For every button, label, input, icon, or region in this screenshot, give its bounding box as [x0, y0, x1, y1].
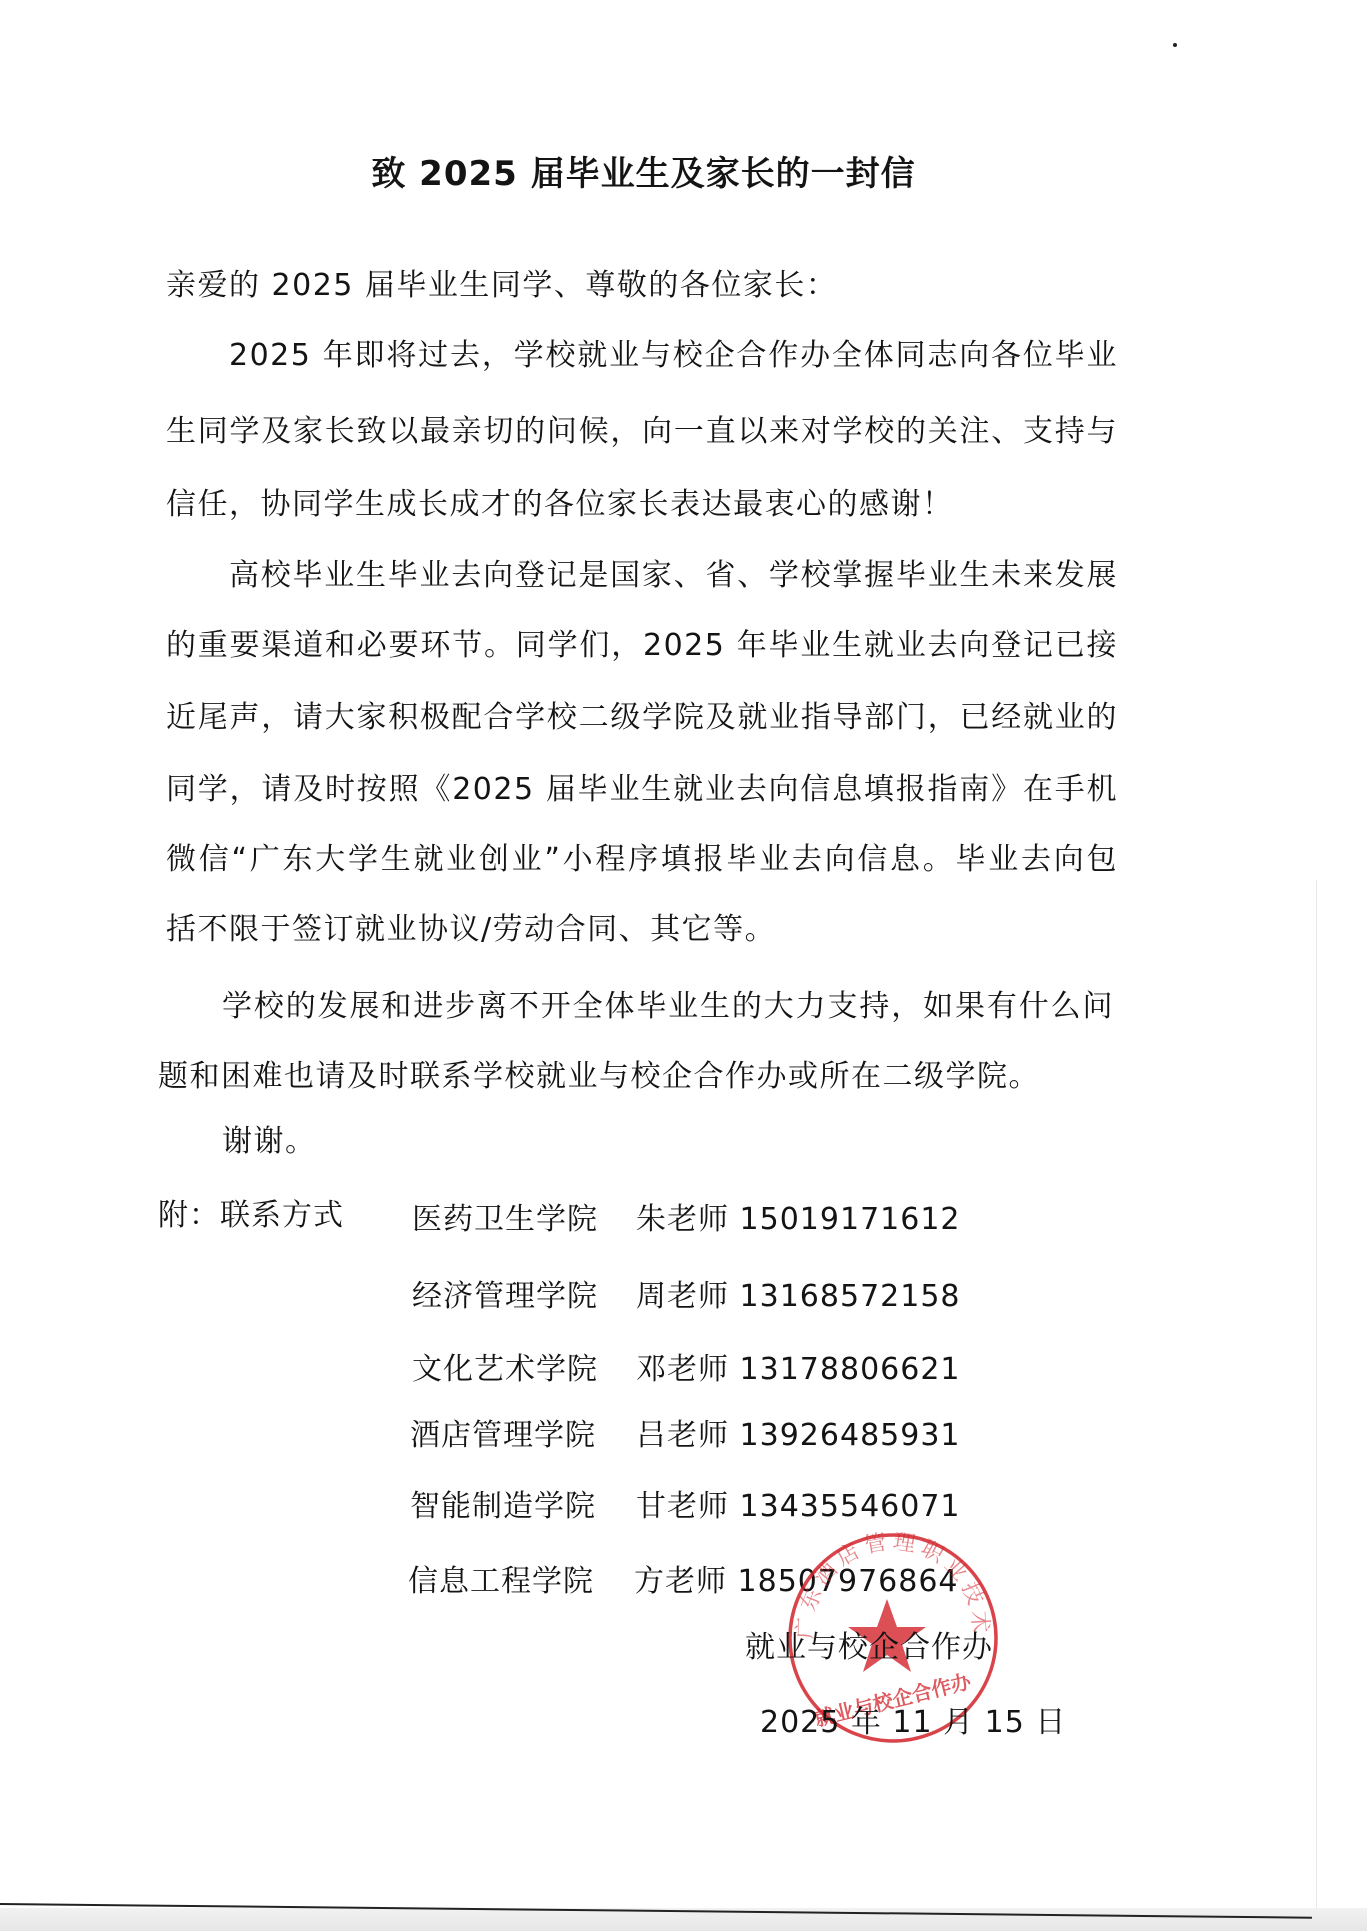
contact-college: 经济管理学院 — [412, 1277, 598, 1317]
contact-teacher: 周老师 13168572158 — [636, 1277, 961, 1317]
closing: 谢谢。 — [222, 1122, 317, 1162]
contact-teacher: 吕老师 13926485931 — [636, 1416, 961, 1456]
contact-phone: 13178806621 — [740, 1352, 961, 1387]
page-edge-right — [1316, 880, 1317, 1910]
paragraph-line: 微信“广东大学生就业创业”小程序填报毕业去向信息。毕业去向包 — [166, 840, 1118, 880]
greeting: 亲爱的 2025 届毕业生同学、尊敬的各位家长： — [166, 266, 837, 306]
paragraph-line: 同学，请及时按照《2025 届毕业生就业去向信息填报指南》在手机 — [166, 770, 1118, 810]
paragraph-line: 生同学及家长致以最亲切的问候，向一直以来对学校的关注、支持与 — [166, 412, 1118, 452]
contact-college: 信息工程学院 — [408, 1562, 594, 1602]
contact-college: 智能制造学院 — [410, 1487, 596, 1527]
paragraph-line: 题和困难也请及时联系学校就业与校企合作办或所在二级学院。 — [158, 1057, 1040, 1097]
contact-college: 文化艺术学院 — [412, 1350, 598, 1390]
paragraph-line: 近尾声，请大家积极配合学校二级学院及就业指导部门，已经就业的 — [166, 698, 1118, 738]
contact-college: 医药卫生学院 — [412, 1200, 598, 1240]
contact-phone: 13168572158 — [740, 1279, 961, 1314]
paragraph-line: 学校的发展和进步离不开全体毕业生的大力支持，如果有什么问 — [222, 987, 1114, 1027]
contacts-label: 附：联系方式 — [158, 1196, 344, 1236]
contact-teacher: 邓老师 13178806621 — [636, 1350, 961, 1390]
contact-college: 酒店管理学院 — [410, 1416, 596, 1456]
contact-teacher: 朱老师 15019171612 — [636, 1200, 961, 1240]
contact-phone: 15019171612 — [740, 1202, 961, 1237]
paragraph-line: 的重要渠道和必要环节。同学们，2025 年毕业生就业去向登记已接 — [166, 626, 1118, 666]
signature-office: 就业与校企合作办 — [745, 1628, 993, 1668]
paragraph-line: 高校毕业生毕业去向登记是国家、省、学校掌握毕业生未来发展 — [229, 556, 1118, 596]
paragraph-line: 2025 年即将过去，学校就业与校企合作办全体同志向各位毕业 — [229, 336, 1118, 376]
document-title: 致 2025 届毕业生及家长的一封信 — [0, 152, 1287, 196]
scan-speck — [1173, 43, 1177, 47]
contact-phone: 13435546071 — [740, 1489, 961, 1524]
paragraph-line: 括不限于签订就业协议/劳动合同、其它等。 — [166, 910, 776, 950]
signature-date: 2025 年 11 月 15 日 — [760, 1703, 1066, 1743]
paragraph-line: 信任，协同学生成长成才的各位家长表达最衷心的感谢！ — [166, 485, 954, 525]
contact-teacher: 甘老师 13435546071 — [636, 1487, 961, 1527]
contact-phone: 13926485931 — [740, 1418, 961, 1453]
